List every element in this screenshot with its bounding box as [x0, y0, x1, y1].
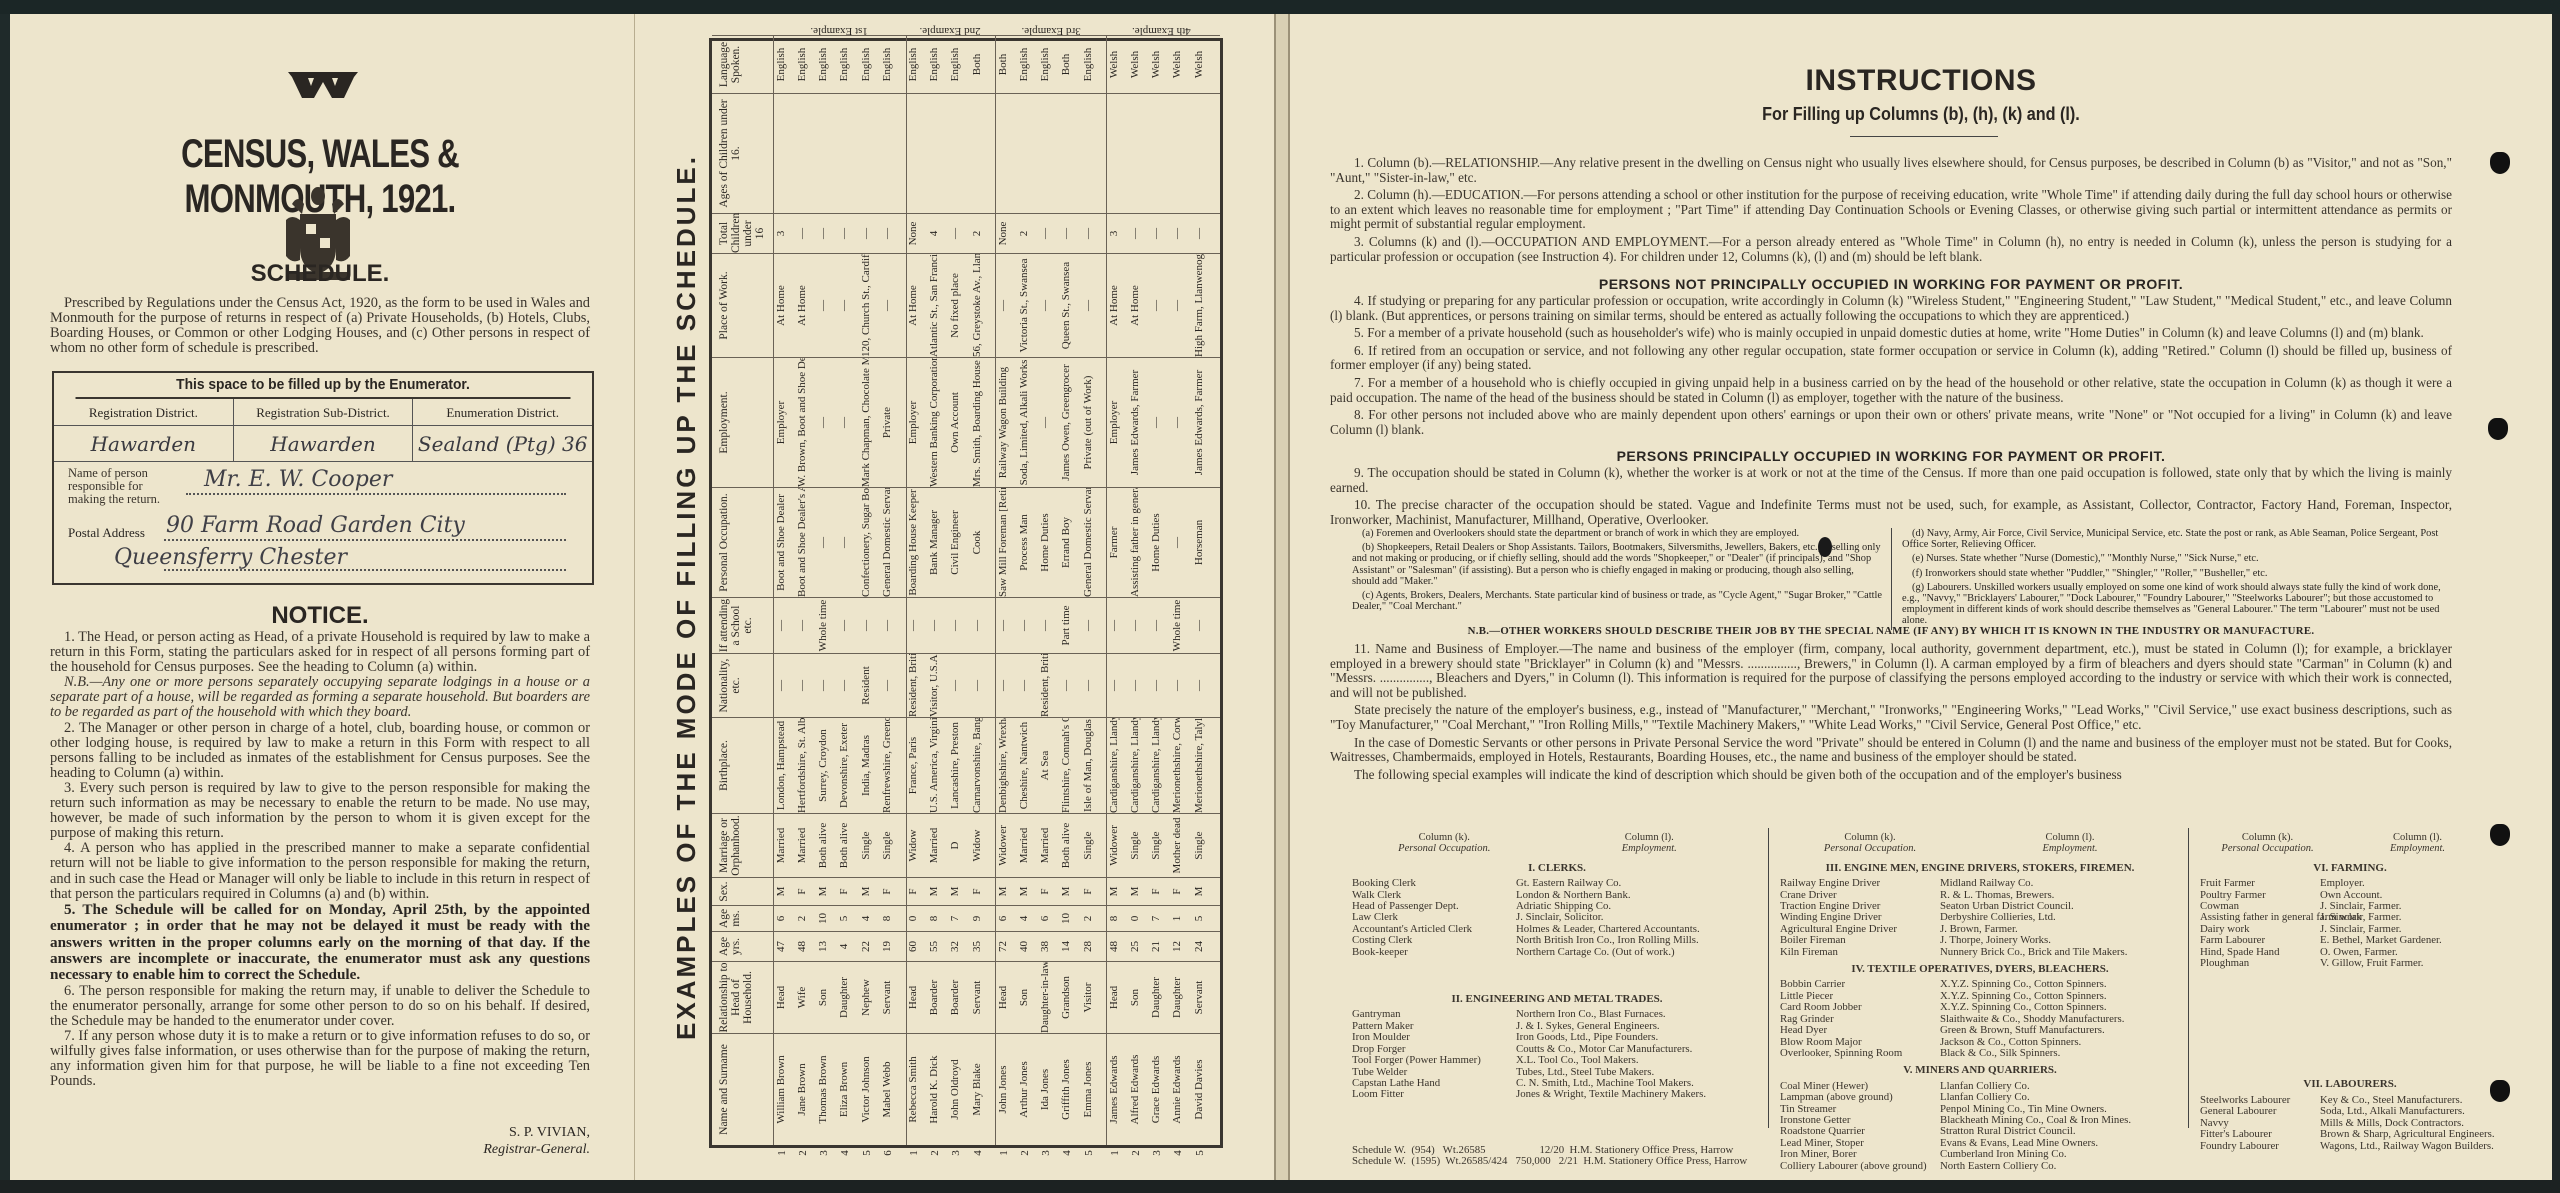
cell-lang: Welsh — [1130, 36, 1141, 93]
cell-emp: Employer — [1109, 358, 1120, 487]
cell-place: High Farm, Llanwenog — [1194, 254, 1205, 357]
example-section-title: IV. TEXTILE OPERATIVES, DYERS, BLEACHERS… — [1780, 964, 2180, 975]
signature-name: S. P. VIVIAN, — [340, 1124, 590, 1141]
instruction-item: 3. Columns (k) and (l).—OCCUPATION AND E… — [1330, 235, 2452, 264]
cell-ms: 10 — [1061, 906, 1072, 931]
col-l-header: Column (l).Employment. — [1537, 832, 1763, 855]
cell-total: None — [908, 214, 919, 253]
employer: Employer. — [2320, 878, 2365, 889]
cell-place: 56, Greystoke Av., Llandudno — [972, 254, 983, 357]
registration-district-value: Hawarden — [54, 426, 234, 461]
occupation: Loom Fitter — [1352, 1089, 1516, 1100]
cell-occ: Confectionery, Sugar Boiler — [861, 488, 872, 597]
cell-yrs: 24 — [1194, 932, 1205, 961]
cell-birth: Merionethshire, Corwen — [1172, 718, 1183, 813]
occupation: Booking Clerk — [1352, 878, 1516, 889]
cell-total: — — [818, 214, 829, 253]
column-header: If attending a School etc. — [712, 598, 774, 653]
cell-nat: — — [818, 654, 829, 717]
cell-name: John Oldroyd — [950, 1034, 961, 1145]
cell-lang: English — [776, 36, 787, 93]
cell-birth: Denbighshire, Wrexham — [998, 718, 1009, 813]
column-rel: Relationship to Head of Household.HeadWi… — [712, 961, 1220, 1033]
cell-place: — — [1083, 254, 1094, 357]
cell-yrs: 60 — [908, 932, 919, 961]
enumerator-headers: Registration District. Registration Sub-… — [54, 399, 592, 426]
examples-table: Name and SurnameWilliam BrownJane BrownT… — [709, 38, 1223, 1148]
cell-place: — — [1172, 254, 1183, 357]
cell-yrs: 38 — [1040, 932, 1051, 961]
example-separator — [1106, 488, 1107, 597]
occupation: Lampman (above ground) — [1780, 1092, 1940, 1103]
cell-mar: Single — [1083, 814, 1094, 877]
cell-lang: English — [929, 36, 940, 93]
cell-ms: 2 — [797, 906, 808, 931]
cell-mar: Both alive — [1061, 814, 1072, 877]
occupation: Head Dyer — [1780, 1025, 1940, 1036]
cell-nat: — — [1130, 654, 1141, 717]
cell-school: Whole time — [818, 598, 829, 653]
example-separator — [995, 36, 996, 93]
cell-nat: — — [998, 654, 1009, 717]
cell-nat: — — [1061, 654, 1072, 717]
cell-sex: M — [1194, 878, 1205, 905]
cell-name: Annie Edwards — [1172, 1034, 1183, 1145]
example-row: Lampman (above ground)Llanfan Colliery C… — [1780, 1092, 2180, 1103]
subrule: (b) Shopkeepers, Retail Dealers or Shop … — [1352, 542, 1883, 587]
cell-yrs: 47 — [776, 932, 787, 961]
cell-school: — — [1130, 598, 1141, 653]
occupation: Costing Clerk — [1352, 935, 1516, 946]
cell-name: William Brown — [776, 1034, 787, 1145]
row-number: 4 — [1061, 1147, 1073, 1159]
col-l-label: Column (l). — [2046, 832, 2095, 843]
cell-mar: Married — [776, 814, 787, 877]
example-separator — [1106, 36, 1107, 93]
cell-ms: 5 — [1194, 906, 1205, 931]
cell-nat: — — [776, 654, 787, 717]
signature-block: S. P. VIVIAN, Registrar-General. — [340, 1124, 590, 1158]
cell-sex: F — [797, 878, 808, 905]
cell-lang: English — [839, 36, 850, 93]
postal-address-label: Postal Address — [68, 525, 145, 541]
cell-nat: — — [950, 654, 961, 717]
column-name: Name and SurnameWilliam BrownJane BrownT… — [712, 1033, 1220, 1145]
example-row: Fitter's LabourerBrown & Sharp, Agricult… — [2200, 1129, 2500, 1140]
employer: Green & Brown, Stuff Manufacturers. — [1940, 1025, 2105, 1036]
instructions-not-occupied: 4. If studying or preparing for any part… — [1330, 294, 2452, 440]
instruction-item: 5. For a member of a private household (… — [1330, 326, 2452, 341]
row-number: 1 — [998, 1147, 1010, 1159]
column-header: Employment. — [712, 358, 774, 487]
employer: Soda, Ltd., Alkali Manufacturers. — [2320, 1106, 2465, 1117]
occupation-subrules: (a) Foremen and Overlookers should state… — [1352, 528, 2452, 630]
cell-total: — — [1040, 214, 1051, 253]
column-school: If attending a School etc.——Whole time——… — [712, 597, 1220, 653]
enumerator-values: Hawarden Hawarden Sealand (Ptg) 36 — [54, 426, 592, 462]
cell-occ: Boarding House Keeper — [908, 488, 919, 597]
cell-rel: Head — [1109, 962, 1120, 1033]
cell-school: — — [1109, 598, 1120, 653]
example-separator — [1106, 598, 1107, 653]
row-number: 5 — [1083, 1147, 1095, 1159]
cell-name: Jane Brown — [797, 1034, 808, 1145]
example-separator — [906, 488, 907, 597]
cell-occ: Boot and Shoe Dealer's Assistant — [797, 488, 808, 597]
row-number: 5 — [861, 1147, 873, 1159]
example-separator — [995, 878, 996, 905]
cell-sex: M — [861, 878, 872, 905]
cell-rel: Daughter — [1151, 962, 1162, 1033]
example-row: Iron Miner, BorerCumberland Iron Mining … — [1780, 1149, 2180, 1160]
cell-emp: Private — [882, 358, 893, 487]
subrule: (a) Foremen and Overlookers should state… — [1352, 528, 1883, 539]
cell-yrs: 25 — [1130, 932, 1141, 961]
cell-birth: Carnarvonshire, Bangor — [972, 718, 983, 813]
cell-occ: — — [818, 488, 829, 597]
example-separator — [995, 358, 996, 487]
cell-lang: Welsh — [1151, 36, 1162, 93]
cell-sex: M — [1061, 878, 1072, 905]
cell-total: — — [1194, 214, 1205, 253]
cell-yrs: 55 — [929, 932, 940, 961]
instructions-occupied: 9. The occupation should be stated in Co… — [1330, 466, 2452, 530]
cell-nat: — — [797, 654, 808, 717]
example-separator — [995, 932, 996, 961]
cell-school: — — [972, 598, 983, 653]
cell-school: Whole time — [1172, 598, 1183, 653]
example-row: Fruit FarmerEmployer. — [2200, 878, 2500, 889]
column-header: Age yrs. — [712, 932, 774, 961]
cell-place: — — [1040, 254, 1051, 357]
row-number: 4 — [839, 1147, 851, 1159]
examples-column: Column (k).Personal Occupation.Column (l… — [1780, 832, 2180, 1172]
examples-page: EXAMPLES OF THE MODE OF FILLING UP THE S… — [634, 14, 1274, 1180]
cell-total: — — [1130, 214, 1141, 253]
col-k-header: Column (k).Personal Occupation. — [2200, 832, 2335, 855]
cell-total: — — [882, 214, 893, 253]
notice-item: 4. A person who has applied in the presc… — [50, 841, 590, 901]
employer: Northern Cartage Co. (Out of work.) — [1516, 947, 1675, 958]
cell-birth: Isle of Man, Douglas — [1083, 718, 1094, 813]
cell-rel: Daughter-in-law — [1040, 962, 1051, 1033]
scanner-edge-right — [2552, 14, 2560, 1180]
notice-nb: N.B.—Any one or more persons separately … — [50, 675, 590, 720]
cell-rel: Head — [998, 962, 1009, 1033]
enumeration-district-value: Sealand (Ptg) 36 — [413, 426, 592, 461]
column-header: Language Spoken. — [712, 36, 774, 93]
cell-mar: Both alive — [839, 814, 850, 877]
cell-school: — — [950, 598, 961, 653]
cell-ms: 5 — [839, 906, 850, 931]
example-label: 2nd Example. — [908, 21, 993, 37]
cell-yrs: 22 — [861, 932, 872, 961]
column-sex: Sex.MFMFMFFMMFMMFMFMMFFM — [712, 877, 1220, 905]
employer-instructions: 11. Name and Business of Employer.—The n… — [1330, 642, 2452, 785]
cell-mar: D — [950, 814, 961, 877]
cell-emp: James Owen, Greengrocer — [1061, 358, 1072, 487]
schedule-intro: Prescribed by Regulations under the Cens… — [50, 296, 590, 356]
employer: Cumberland Iron Mining Co. — [1940, 1149, 2067, 1160]
cell-yrs: 14 — [1061, 932, 1072, 961]
postal-address-line2: Queensferry Chester — [114, 545, 347, 570]
example-separator — [1106, 814, 1107, 877]
row-number: 3 — [1151, 1147, 1163, 1159]
example-separator — [995, 254, 996, 357]
cell-sex: F — [1083, 878, 1094, 905]
cell-occ: Farmer — [1109, 488, 1120, 597]
example-separator — [1106, 358, 1107, 487]
cell-ms: 7 — [950, 906, 961, 931]
cell-occ: Errand Boy — [1061, 488, 1072, 597]
cell-occ: Process Man — [1019, 488, 1030, 597]
cell-nat: — — [1194, 654, 1205, 717]
cell-rel: Visitor — [1083, 962, 1094, 1033]
example-separator — [1106, 654, 1107, 717]
cell-nat: Visitor, U.S.A. Citizen — [929, 654, 940, 717]
cell-ms: 1 — [1172, 906, 1183, 931]
cell-birth: U.S. America, Virginia — [929, 718, 940, 813]
cell-lang: English — [1083, 36, 1094, 93]
col-l-sub: Employment. — [1960, 843, 2180, 854]
subrule: (d) Navy, Army, Air Force, Civil Service… — [1902, 528, 2452, 550]
cell-name: Emma Jones — [1083, 1034, 1094, 1145]
cell-occ: Cook — [972, 488, 983, 597]
cell-birth: Cardiganshire, Llandyssul — [1109, 718, 1120, 813]
cell-occ: — — [839, 488, 850, 597]
cell-rel: Wife — [797, 962, 808, 1033]
cell-school: — — [1194, 598, 1205, 653]
cell-ms: 4 — [1019, 906, 1030, 931]
employer: Nunnery Brick Co., Brick and Tile Makers… — [1940, 947, 2127, 958]
enumeration-district-label: Enumeration District. — [413, 399, 592, 425]
col-l-label: Column (l). — [1625, 832, 1674, 843]
cell-yrs: 4 — [839, 932, 850, 961]
instruction-item: 8. For other persons not included above … — [1330, 408, 2452, 437]
cell-place: Victoria St., Swansea — [1019, 254, 1030, 357]
cell-mar: Widow — [908, 814, 919, 877]
cell-emp: — — [839, 358, 850, 487]
cell-lang: English — [818, 36, 829, 93]
instruction-item: 7. For a member of a household who is ch… — [1330, 376, 2452, 405]
cell-emp: James Edwards, Farmer — [1130, 358, 1141, 487]
cell-lang: Both — [998, 36, 1009, 93]
instruction-item: 6. If retired from an occupation or serv… — [1330, 344, 2452, 373]
cell-emp: Own Account — [950, 358, 961, 487]
notice-item: 1. The Head, or person acting as Head, o… — [50, 630, 590, 675]
column-header: Place of Work. — [712, 254, 774, 357]
notice-item: 2. The Manager or other person in charge… — [50, 721, 590, 781]
instruction-item: 4. If studying or preparing for any part… — [1330, 294, 2452, 323]
cell-sex: F — [1172, 878, 1183, 905]
employer: Black & Co., Silk Spinners. — [1940, 1048, 2060, 1059]
column-birth: Birthplace.London, HampsteadHertfordshir… — [712, 717, 1220, 813]
cell-sex: M — [818, 878, 829, 905]
cell-total: — — [797, 214, 808, 253]
example-separator — [1106, 1034, 1107, 1145]
cell-birth: Lancashire, Preston — [950, 718, 961, 813]
cover-page: CENSUS, WALES & MONMOUTH, 1921. SCHEDULE… — [10, 14, 634, 1180]
example-separator — [995, 906, 996, 931]
example-section-title: VII. LABOURERS. — [2200, 1079, 2500, 1090]
instruction-item: State precisely the nature of the employ… — [1330, 703, 2452, 732]
employer: North Eastern Colliery Co. — [1940, 1161, 2056, 1172]
cell-sex: M — [1019, 878, 1030, 905]
occupation: Railway Engine Driver — [1780, 878, 1940, 889]
example-label: 4th Example. — [1109, 21, 1215, 37]
responsible-person-value: Mr. E. W. Cooper — [204, 467, 392, 492]
cell-rel: Servant — [882, 962, 893, 1033]
cell-birth: Devonshire, Exeter — [839, 718, 850, 813]
cell-ms: 6 — [998, 906, 1009, 931]
occupation: Foundry Labourer — [2200, 1141, 2320, 1152]
cell-birth: Hertfordshire, St. Albans — [797, 718, 808, 813]
registration-sub-district-label: Registration Sub-District. — [234, 399, 414, 425]
col-l-sub: Employment. — [2335, 843, 2500, 854]
cell-birth: France, Paris — [908, 718, 919, 813]
employer: North British Iron Co., Iron Rolling Mil… — [1516, 935, 1699, 946]
cell-school: — — [1040, 598, 1051, 653]
example-separator — [906, 654, 907, 717]
cell-nat: — — [839, 654, 850, 717]
example-row: General LabourerSoda, Ltd., Alkali Manuf… — [2200, 1106, 2500, 1117]
occupation: Card Room Jobber — [1780, 1002, 1940, 1013]
cell-lang: English — [1019, 36, 1030, 93]
occupation: Ploughman — [2200, 958, 2320, 969]
instruction-item: 9. The occupation should be stated in Co… — [1330, 466, 2452, 495]
col-k-label: Column (k). — [1419, 832, 1470, 843]
cell-total: 2 — [1019, 214, 1030, 253]
cell-rel: Servant — [1194, 962, 1205, 1033]
cell-rel: Head — [908, 962, 919, 1033]
cell-school: — — [861, 598, 872, 653]
example-row: Iron MoulderIron Goods, Ltd., Pipe Found… — [1352, 1032, 1762, 1043]
example-separator — [906, 962, 907, 1033]
cell-lang: English — [797, 36, 808, 93]
cell-total: — — [1083, 214, 1094, 253]
cell-emp: James Edwards, Farmer — [1194, 358, 1205, 487]
cell-occ: Home Duties — [1040, 488, 1051, 597]
occupation: Boiler Fireman — [1780, 935, 1940, 946]
cell-ms: 8 — [882, 906, 893, 931]
employer: Midland Railway Co. — [1940, 878, 2033, 889]
examples-column: Column (k).Personal Occupation.Column (l… — [1352, 832, 1762, 1101]
subrule: (f) Ironworkers should state whether "Pu… — [1902, 568, 2452, 579]
cell-yrs: 28 — [1083, 932, 1094, 961]
example-section-title: I. CLERKS. — [1352, 863, 1762, 874]
cell-lang: English — [950, 36, 961, 93]
cell-sex: M — [929, 878, 940, 905]
example-separator — [906, 878, 907, 905]
notice-item: 6. The person responsible for making the… — [50, 984, 590, 1029]
employer: X.L. Tool Co., Tool Makers. — [1516, 1055, 1639, 1066]
section-occupied: PERSONS PRINCIPALLY OCCUPIED IN WORKING … — [1330, 448, 2452, 464]
cell-emp: Mrs. Smith, Boarding House Keeper — [972, 358, 983, 487]
imprint-line: Schedule W. (1595) Wt.26585/424 750,000 … — [1352, 1156, 1747, 1167]
punch-hole — [2488, 418, 2508, 440]
example-separator — [906, 254, 907, 357]
cell-sex: M — [1109, 878, 1120, 905]
instruction-item: The following special examples will indi… — [1330, 768, 2452, 783]
example-separator — [995, 1034, 996, 1145]
cell-total: — — [839, 214, 850, 253]
example-row: Boiler FiremanJ. Thorpe, Joinery Works. — [1780, 935, 2180, 946]
cell-place: — — [998, 254, 1009, 357]
cell-rel: Head — [776, 962, 787, 1033]
cell-rel: Boarder — [950, 962, 961, 1033]
cell-total: — — [1151, 214, 1162, 253]
cell-total: None — [998, 214, 1009, 253]
example-separator — [1106, 906, 1107, 931]
column-header: Ages of Children under 16. — [712, 94, 774, 213]
w-logo-icon — [288, 72, 358, 98]
punch-hole — [2490, 1080, 2510, 1102]
cell-ms: 8 — [929, 906, 940, 931]
cell-emp: Western Banking Corporation — [929, 358, 940, 487]
example-separator — [1106, 932, 1107, 961]
cell-name: Thomas Brown — [818, 1034, 829, 1145]
employer: Brown & Sharp, Agricultural Engineers. — [2320, 1129, 2495, 1140]
cell-birth: Merionethshire, Talyllyn — [1194, 718, 1205, 813]
col-k-header: Column (k).Personal Occupation. — [1780, 832, 1960, 855]
cell-emp: Employer — [908, 358, 919, 487]
example-row: Head DyerGreen & Brown, Stuff Manufactur… — [1780, 1025, 2180, 1036]
postal-address-line1: 90 Farm Road Garden City — [166, 513, 465, 538]
employer: Jones & Wright, Textile Machinery Makers… — [1516, 1089, 1706, 1100]
example-label: 1st Example. — [776, 21, 903, 37]
cell-school: — — [1083, 598, 1094, 653]
row-number: 3 — [818, 1147, 830, 1159]
row-number: 1 — [776, 1147, 788, 1159]
dotted-line — [186, 493, 566, 495]
cell-mar: Widower — [1109, 814, 1120, 877]
responsible-person-label: Name of person responsible for making th… — [68, 467, 178, 506]
subrule: (e) Nurses. State whether "Nurse (Domest… — [1902, 553, 2452, 564]
cell-yrs: 19 — [882, 932, 893, 961]
example-row: Book-keeperNorthern Cartage Co. (Out of … — [1352, 947, 1762, 958]
cell-lang: English — [908, 36, 919, 93]
cell-place: — — [1151, 254, 1162, 357]
occupation: Colliery Labourer (above ground) — [1780, 1161, 1940, 1172]
cell-name: Rebecca Smith — [908, 1034, 919, 1145]
cell-yrs: 48 — [797, 932, 808, 961]
cell-ms: 0 — [908, 906, 919, 931]
cell-mar: Widower — [998, 814, 1009, 877]
cell-lang: English — [861, 36, 872, 93]
example-row: Costing ClerkNorth British Iron Co., Iro… — [1352, 935, 1762, 946]
occupation: Iron Moulder — [1352, 1032, 1516, 1043]
cell-rel: Servant — [972, 962, 983, 1033]
cell-rel: Daughter — [1172, 962, 1183, 1033]
occupation: Farm Labourer — [2200, 935, 2320, 946]
notice-item: 7. If any person whose duty it is to mak… — [50, 1029, 590, 1089]
cell-total: — — [1172, 214, 1183, 253]
examples-title: EXAMPLES OF THE MODE OF FILLING UP THE S… — [671, 32, 702, 1162]
column-occ: Personal Occupation.Boot and Shoe Dealer… — [712, 487, 1220, 597]
cell-occ: Saw Mill Foreman [Retired] — [998, 488, 1009, 597]
cell-name: Grace Edwards — [1151, 1034, 1162, 1145]
enumerator-box-title: This space to be filled up by the Enumer… — [76, 373, 571, 399]
cell-nat: Resident, British born — [908, 654, 919, 717]
cell-sex: F — [1151, 878, 1162, 905]
row-number: 4 — [1172, 1147, 1184, 1159]
cell-occ: Horseman — [1194, 488, 1205, 597]
instructions-subtitle: For Filling up Columns (b), (h), (k) and… — [1353, 104, 2489, 125]
cell-mar: Single — [1194, 814, 1205, 877]
cell-occ: Bank Manager — [929, 488, 940, 597]
cell-nat: — — [1083, 654, 1094, 717]
cell-ms: 9 — [972, 906, 983, 931]
